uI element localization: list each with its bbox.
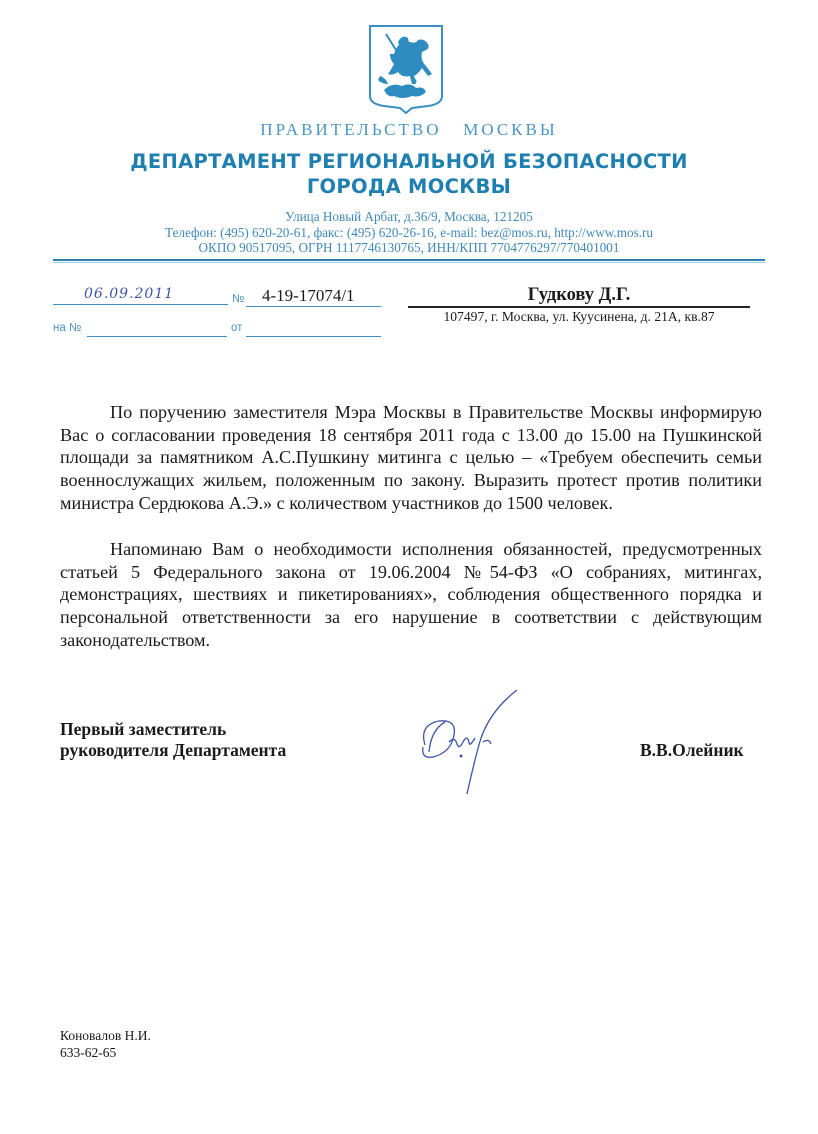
signatory-name: В.В.Олейник <box>640 740 744 761</box>
body-paragraph-1: По поручению заместителя Мэра Москвы в П… <box>60 401 762 515</box>
from-underline <box>246 336 381 337</box>
executor-name: Коновалов Н.И. <box>60 1028 151 1045</box>
paragraph-text: По поручению заместителя Мэра Москвы в П… <box>60 401 762 515</box>
paragraph-text: Напоминаю Вам о необходимости исполнения… <box>60 538 762 652</box>
letterhead-rule-thin <box>53 262 765 263</box>
department-address: Улица Новый Арбат, д.36/9, Москва, 12120… <box>0 209 818 225</box>
addressee-underline <box>408 306 750 308</box>
signatory-title-line1: Первый заместитель <box>60 719 286 740</box>
reply-to-label: на № <box>53 322 81 334</box>
department-registry: ОКПО 90517095, ОГРН 1117746130765, ИНН/К… <box>0 240 818 256</box>
executor-info: Коновалов Н.И. 633-62-65 <box>60 1028 151 1061</box>
handwritten-signature-icon <box>405 690 535 795</box>
moscow-coat-of-arms-icon <box>368 24 444 114</box>
government-heading: ПРАВИТЕЛЬСТВО МОСКВЫ <box>0 120 818 140</box>
outgoing-number: 4-19-17074/1 <box>262 286 355 306</box>
number-underline <box>246 306 381 307</box>
number-label: № <box>232 293 244 305</box>
signatory-title: Первый заместитель руководителя Департам… <box>60 719 286 761</box>
body-paragraph-2: Напоминаю Вам о необходимости исполнения… <box>60 538 762 652</box>
addressee-address: 107497, г. Москва, ул. Куусинена, д. 21А… <box>408 309 750 325</box>
department-name-line2: ГОРОДА МОСКВЫ <box>0 175 818 198</box>
date-underline <box>53 304 228 305</box>
executor-phone: 633-62-65 <box>60 1045 151 1062</box>
department-name-line1: ДЕПАРТАМЕНТ РЕГИОНАЛЬНОЙ БЕЗОПАСНОСТИ <box>0 150 818 173</box>
reply-to-underline <box>87 336 227 337</box>
letterhead-rule <box>53 259 765 261</box>
outgoing-date: 06.09.2011 <box>84 286 174 302</box>
signatory-title-line2: руководителя Департамента <box>60 740 286 761</box>
from-label: от <box>231 322 242 334</box>
addressee-name: Гудкову Д.Г. <box>408 285 750 306</box>
department-contacts: Телефон: (495) 620-20-61, факс: (495) 62… <box>0 225 818 241</box>
